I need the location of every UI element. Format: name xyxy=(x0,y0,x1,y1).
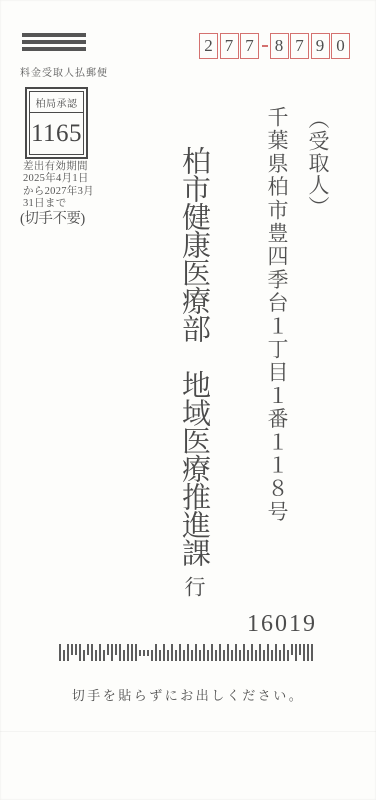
barcode-bar xyxy=(91,644,93,661)
postal-digit-box: 9 xyxy=(311,33,330,59)
barcode-bar xyxy=(107,644,109,655)
paid-mail-label: 料金受取人払郵便 xyxy=(20,64,108,79)
approval-box: 柏局承認 1165 xyxy=(25,87,88,159)
postal-code-hyphen xyxy=(262,45,268,47)
barcode-bar xyxy=(167,650,169,661)
barcode-bar xyxy=(275,644,277,661)
barcode-bar xyxy=(279,650,281,661)
barcode-bar xyxy=(175,650,177,661)
barcode-bar xyxy=(179,644,181,661)
footer-instruction: 切手を貼らずにお出しください。 xyxy=(0,685,376,704)
barcode-bar xyxy=(183,650,185,661)
barcode-bar xyxy=(203,644,205,661)
barcode-bar xyxy=(263,650,265,661)
fold-line xyxy=(0,731,376,732)
barcode-bar xyxy=(67,644,69,661)
recipient-honorific: 行 xyxy=(182,576,206,597)
barcode-bar xyxy=(163,644,165,661)
barcode-bar xyxy=(255,650,257,661)
barcode-bar xyxy=(287,650,289,661)
barcode-bar xyxy=(199,650,201,661)
approval-number: 1165 xyxy=(31,113,82,154)
barcode-bar xyxy=(247,650,249,661)
barcode-bar xyxy=(211,644,213,661)
barcode-bar xyxy=(195,644,197,661)
barcode-bar xyxy=(243,644,245,661)
barcode-bar xyxy=(63,650,65,661)
postal-digit-box: 7 xyxy=(220,33,239,59)
barcode-bar xyxy=(223,650,225,661)
barcode-bar xyxy=(119,644,121,661)
postal-digit-box: 2 xyxy=(199,33,218,59)
barcode-bar xyxy=(131,644,133,661)
barcode-bar xyxy=(79,644,81,661)
reply-envelope: 料金受取人払郵便 柏局承認 1165 差出有効期間 2025年4月1日 から20… xyxy=(0,0,376,800)
barcode-bar xyxy=(171,644,173,661)
barcode-bar xyxy=(159,650,161,661)
barcode-bar xyxy=(75,644,77,655)
barcode-bar xyxy=(115,644,117,655)
barcode-bar xyxy=(251,644,253,661)
barcode-bar xyxy=(59,644,61,661)
barcode-bar xyxy=(143,650,145,656)
barcode-bar xyxy=(155,644,157,661)
barcode-bar xyxy=(207,650,209,661)
approval-office-label: 柏局承認 xyxy=(30,92,83,113)
barcode-bar xyxy=(235,644,237,661)
barcode-bar xyxy=(83,650,85,661)
barcode-bar xyxy=(71,644,73,655)
postal-digit-box: 8 xyxy=(270,33,289,59)
barcode-bar xyxy=(239,650,241,661)
barcode-bar xyxy=(135,644,137,661)
validity-line: 2025年4月1日 xyxy=(23,173,94,185)
barcode-bar xyxy=(295,644,297,661)
recipient-label: （受取人） xyxy=(303,108,333,218)
barcode-bar xyxy=(283,644,285,661)
barcode-bar xyxy=(147,650,149,656)
barcode-bar xyxy=(231,650,233,661)
barcode-bar xyxy=(271,650,273,661)
recipient-address: 千葉県柏市豊四季台１丁目１番１１８号 xyxy=(262,106,292,524)
barcode-bar xyxy=(111,644,113,661)
validity-line: 31日まで xyxy=(23,198,94,210)
postage-paid-bars-icon xyxy=(22,33,86,54)
barcode-bar xyxy=(99,644,101,661)
no-stamp-label: (切手不要) xyxy=(20,213,94,225)
barcode-bar xyxy=(259,644,261,661)
barcode-bar xyxy=(95,650,97,661)
recipient-org-name: 柏市健康医療部 地域医療推進課 xyxy=(178,146,210,566)
postal-code-boxes: 2 7 7 8 7 9 0 xyxy=(199,33,352,59)
barcode-bar xyxy=(151,650,153,661)
barcode-bar xyxy=(187,644,189,661)
form-number: 16019 xyxy=(0,611,317,638)
barcode-bar xyxy=(311,644,313,661)
barcode-bar xyxy=(303,644,305,661)
barcode-bar xyxy=(127,644,129,661)
validity-period: 差出有効期間 2025年4月1日 から2027年3月 31日まで (切手不要) xyxy=(23,161,94,225)
barcode-bar xyxy=(103,650,105,661)
barcode-bar xyxy=(227,644,229,661)
postal-digit-box: 7 xyxy=(290,33,309,59)
barcode-bar xyxy=(123,650,125,661)
validity-line: 差出有効期間 xyxy=(23,161,94,173)
barcode-bar xyxy=(139,650,141,656)
recipient-organization: 柏市健康医療部 地域医療推進課行 xyxy=(174,146,215,597)
barcode-bar xyxy=(267,644,269,661)
barcode-bar xyxy=(191,650,193,661)
validity-line: から2027年3月 xyxy=(23,186,94,198)
postal-digit-box: 0 xyxy=(331,33,350,59)
barcode-bar xyxy=(87,644,89,655)
barcode-bar xyxy=(291,644,293,655)
barcode-bar xyxy=(299,644,301,655)
customer-barcode xyxy=(59,644,315,661)
barcode-bar xyxy=(215,650,217,661)
barcode-bar xyxy=(307,644,309,661)
postal-digit-box: 7 xyxy=(240,33,259,59)
barcode-bar xyxy=(219,644,221,661)
